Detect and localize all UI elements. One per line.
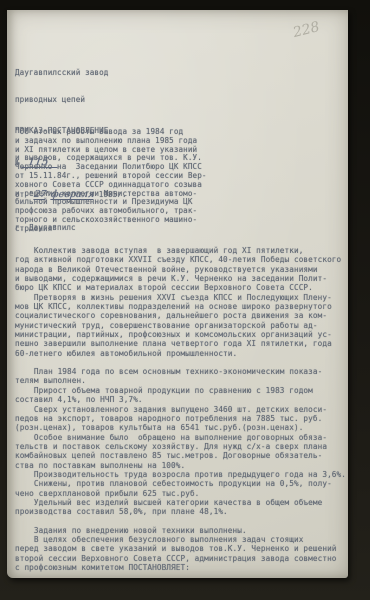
paragraph: Снижены, против плановой себестоимость п… — [15, 479, 348, 498]
handwritten-page-number: 228 — [292, 19, 322, 41]
org-name-line1: Даугавпилсский завод — [15, 68, 127, 77]
paragraph: Претворяя в жизнь решения XXVI съезда КП… — [15, 293, 348, 358]
org-name-line2: приводных цепей — [15, 95, 127, 104]
paragraph: Задания по внедрению новой техники выпол… — [15, 526, 348, 535]
paragraph: Производительность труда возросла против… — [15, 470, 348, 479]
paragraph: Коллектив завода вступая в завершающий г… — [15, 246, 348, 293]
document-body: Коллектив завода вступая в завершающий г… — [15, 246, 348, 572]
document-page: 228 Даугавпилсский завод приводных цепей… — [7, 10, 348, 578]
paragraph: Особое внимание было обращено на выполне… — [15, 433, 348, 470]
paragraph: Прирост объема товарной продукции по сра… — [15, 386, 348, 405]
paragraph: В целях обеспечения безусловного выполне… — [15, 535, 348, 572]
scanned-document-screenshot: { "page_number": "228", "header": { "org… — [0, 0, 370, 600]
document-subject: "Об итогах работы завода за 1984 год и з… — [15, 128, 230, 234]
paragraph: Сверх установленного задания выпущено 34… — [15, 405, 348, 433]
paragraph: План 1984 года по всем основным технико-… — [15, 367, 348, 386]
paragraph: Удельный вес изделий высшей категории ка… — [15, 498, 348, 517]
